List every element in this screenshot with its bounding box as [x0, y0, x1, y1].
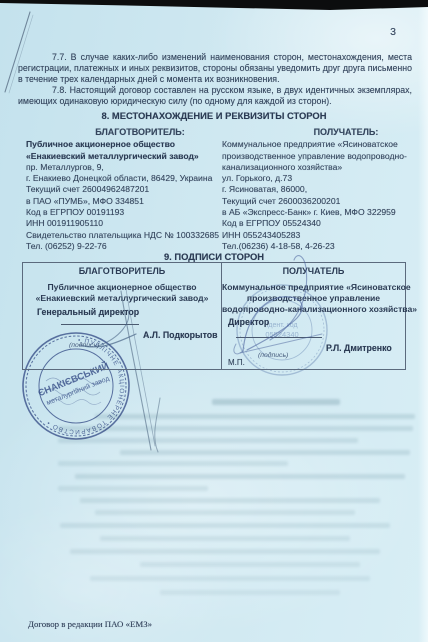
handwritten-ink-strokes	[0, 0, 428, 642]
footer-edition-note: Договор в редакции ПАО «ЕМЗ»	[28, 619, 152, 629]
